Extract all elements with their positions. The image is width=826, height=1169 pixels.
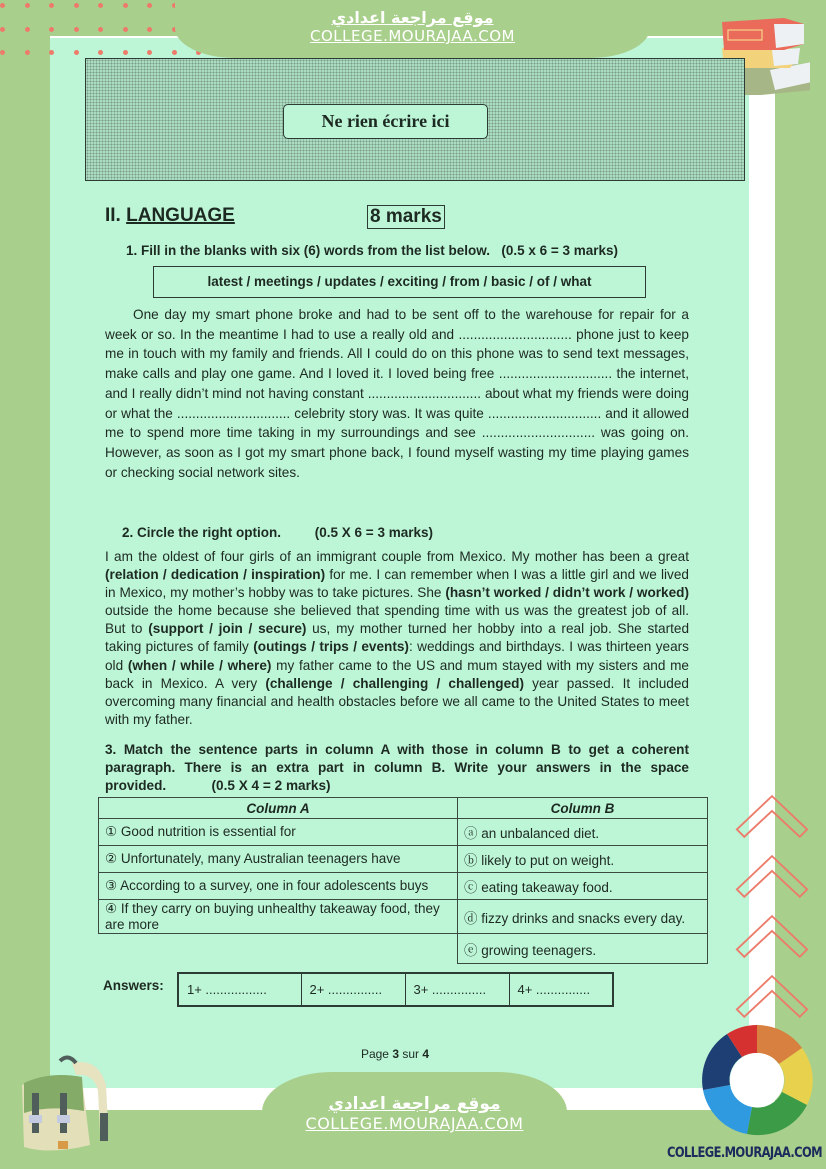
column-b-item: ⓔ growing teenagers.: [458, 934, 708, 964]
section-marks: 8 marks: [367, 205, 445, 229]
q2-instruction-text: 2. Circle the right option.: [122, 525, 281, 540]
decorative-dot: [98, 27, 103, 32]
decorative-dot: [25, 3, 30, 8]
decorative-dot: [98, 50, 103, 55]
passage-text: celebrity story was. It was quite: [290, 406, 488, 421]
column-b-item: ⓓ fizzy drinks and snacks every day.: [458, 900, 708, 934]
decorative-dot: [172, 50, 177, 55]
decorative-dot: [147, 50, 152, 55]
section-title: II. LANGUAGE: [105, 205, 235, 227]
decorative-dot: [49, 3, 54, 8]
option-group[interactable]: (support / join / secure): [148, 621, 306, 636]
decorative-dot: [25, 27, 30, 32]
q1-passage: One day my smart phone broke and had to …: [105, 305, 689, 482]
column-b-header: Column B: [458, 798, 708, 819]
option-group[interactable]: (outings / trips / events): [253, 639, 409, 654]
decorative-dots: [0, 0, 200, 60]
section-title-text: LANGUAGE: [126, 205, 235, 226]
q3-instruction-text: 3. Match the sentence parts in column A …: [105, 742, 689, 793]
fill-blank[interactable]: ..............................: [499, 366, 612, 381]
fill-blank[interactable]: ..............................: [482, 425, 595, 440]
answer-field-2[interactable]: 2+ ...............: [301, 973, 405, 1006]
watermark-header: موقع مراجعة اعدادي COLLEGE.MOURAJAA.COM: [175, 0, 650, 58]
q2-passage: I am the oldest of four girls of an immi…: [105, 548, 689, 729]
answer-field-3[interactable]: 3+ ...............: [405, 973, 509, 1006]
column-a-item: ③ According to a survey, one in four ado…: [99, 873, 458, 900]
decorative-dot: [147, 27, 152, 32]
passage-text: I am the oldest of four girls of an immi…: [105, 549, 689, 564]
q1-word-list: latest / meetings / updates / exciting /…: [153, 266, 646, 298]
column-a-item: ④ If they carry on buying unhealthy take…: [99, 900, 458, 934]
q2-marks: (0.5 X 6 = 3 marks): [315, 525, 433, 540]
watermark-site-link[interactable]: COLLEGE.MOURAJAA.COM: [175, 27, 650, 45]
q1-instruction: 1. Fill in the blanks with six (6) words…: [126, 243, 618, 258]
option-group[interactable]: (relation / dedication / inspiration): [105, 567, 325, 582]
option-group[interactable]: (challenge / challenging / challenged): [265, 676, 524, 691]
answers-table: 1+ ................. 2+ ............... …: [177, 972, 614, 1007]
decorative-dot: [123, 50, 128, 55]
fill-blank[interactable]: ..............................: [177, 406, 290, 421]
decorative-dot: [74, 50, 79, 55]
watermark-arabic: موقع مراجعة اعدادي: [262, 1094, 567, 1114]
page-total: 4: [422, 1047, 429, 1061]
section-number: II.: [105, 205, 121, 226]
fill-blank[interactable]: ..............................: [488, 406, 601, 421]
decorative-dot: [98, 3, 103, 8]
answer-field-4[interactable]: 4+ ...............: [509, 973, 613, 1006]
q3-marks: (0.5 X 4 = 2 marks): [212, 778, 331, 793]
option-group[interactable]: (hasn’t worked / didn’t work / worked): [445, 585, 689, 600]
watermark-site-link[interactable]: COLLEGE.MOURAJAA.COM: [262, 1114, 567, 1133]
backpack-icon: [10, 1055, 120, 1165]
fill-blank[interactable]: ..............................: [368, 386, 481, 401]
column-a-item: ② Unfortunately, many Australian teenage…: [99, 846, 458, 873]
column-b-item: ⓒ eating takeaway food.: [458, 873, 708, 900]
answers-label: Answers:: [103, 978, 164, 993]
decorative-dot: [0, 27, 5, 32]
frame-left-green: [2, 36, 50, 1110]
decorative-dot: [49, 27, 54, 32]
column-b-item: ⓑ likely to put on weight.: [458, 846, 708, 873]
watermark-arabic: موقع مراجعة اعدادي: [175, 8, 650, 27]
empty-cell: [99, 934, 458, 964]
decorative-dot: [147, 3, 152, 8]
school-subjects-wheel-icon: [695, 1020, 820, 1140]
q1-marks: (0.5 x 6 = 3 marks): [501, 243, 618, 258]
decorative-dot: [25, 50, 30, 55]
decorative-dot: [74, 27, 79, 32]
decorative-dot: [74, 3, 79, 8]
decorative-dot: [0, 50, 5, 55]
q2-instruction: 2. Circle the right option. (0.5 X 6 = 3…: [122, 525, 433, 540]
page-sur: sur: [399, 1047, 422, 1061]
chevron-up-icon: [735, 852, 809, 912]
watermark-footer: موقع مراجعة اعدادي COLLEGE.MOURAJAA.COM: [262, 1072, 567, 1169]
decorative-dot: [123, 3, 128, 8]
decorative-dot: [49, 50, 54, 55]
do-not-write-label: Ne rien écrire ici: [283, 104, 488, 139]
corner-brand-link[interactable]: COLLEGE.MOURAJAA.COM: [667, 1144, 817, 1161]
option-group[interactable]: (when / while / where): [128, 658, 272, 673]
q3-instruction: 3. Match the sentence parts in column A …: [105, 741, 689, 796]
matching-table: Column A Column B ① Good nutrition is es…: [98, 797, 708, 964]
column-a-header: Column A: [99, 798, 458, 819]
decorative-dot: [123, 27, 128, 32]
decorative-dot: [0, 3, 5, 8]
answer-field-1[interactable]: 1+ .................: [178, 973, 301, 1006]
page-label: Page: [361, 1047, 392, 1061]
page-current: 3: [392, 1047, 399, 1061]
fill-blank[interactable]: ..............................: [458, 327, 571, 342]
column-b-item: ⓐ an unbalanced diet.: [458, 819, 708, 846]
chevron-up-icon: [735, 792, 809, 852]
column-a-item: ① Good nutrition is essential for: [99, 819, 458, 846]
q1-instruction-text: 1. Fill in the blanks with six (6) words…: [126, 243, 490, 258]
chevron-up-icon: [735, 912, 809, 972]
